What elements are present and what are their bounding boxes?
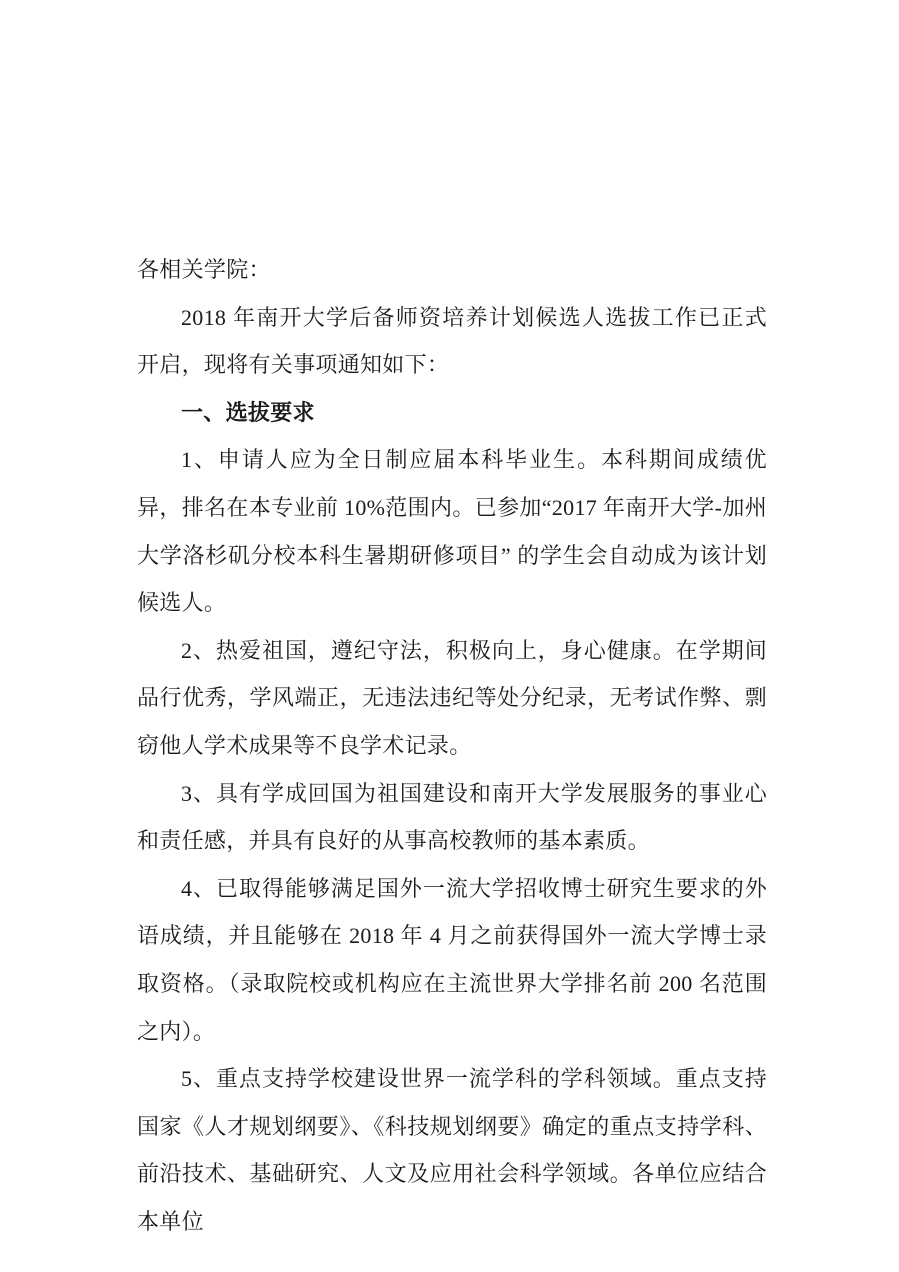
- requirement-paragraph-4: 4、已取得能够满足国外一流大学招收博士研究生要求的外语成绩，并且能够在 2018…: [137, 865, 767, 1055]
- section-heading: 一、选拔要求: [137, 389, 767, 437]
- salutation-line: 各相关学院：: [137, 246, 767, 294]
- document-body: 各相关学院： 2018 年南开大学后备师资培养计划候选人选拔工作已正式开启，现将…: [137, 246, 767, 1245]
- intro-paragraph: 2018 年南开大学后备师资培养计划候选人选拔工作已正式开启，现将有关事项通知如…: [137, 294, 767, 389]
- requirement-paragraph-5: 5、重点支持学校建设世界一流学科的学科领域。重点支持国家《人才规划纲要》、《科技…: [137, 1055, 767, 1245]
- requirement-paragraph-2: 2、热爱祖国，遵纪守法，积极向上，身心健康。在学期间品行优秀，学风端正，无违法违…: [137, 627, 767, 770]
- requirement-paragraph-3: 3、具有学成回国为祖国建设和南开大学发展服务的事业心和责任感，并具有良好的从事高…: [137, 770, 767, 865]
- document-page: 各相关学院： 2018 年南开大学后备师资培养计划候选人选拔工作已正式开启，现将…: [0, 0, 899, 1272]
- requirement-paragraph-1: 1、申请人应为全日制应届本科毕业生。本科期间成绩优异，排名在本专业前 10%范围…: [137, 436, 767, 626]
